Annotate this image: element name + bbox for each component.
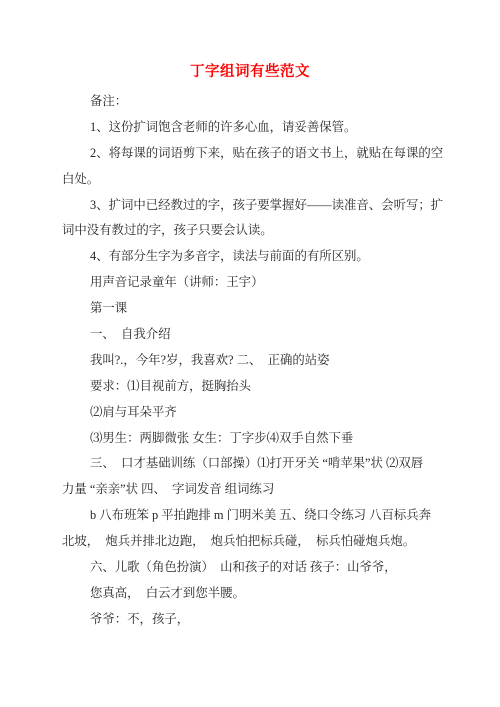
text-line: 我叫?.，今年?岁，我喜欢? 二、 正确的站姿 — [62, 348, 444, 374]
text-line: 3、扩词中已经教过的字，孩子要掌握好——读准音、会听写；扩 — [62, 193, 444, 219]
text-line: 第一课 — [62, 296, 444, 322]
text-line: b 八布班笨 p 平拍跑排 m 门明米美 五、绕口令练习 八百标兵奔 — [62, 503, 444, 529]
text-line: 词中没有教过的字，孩子只要会认读。 — [62, 218, 444, 244]
text-line: 力量 “亲亲”状 四、 字词发音 组词练习 — [62, 477, 444, 503]
page-title: 丁字组词有些范文 — [0, 60, 500, 81]
document-body: 备注：1、这份扩词饱含老师的许多心血，请妥善保管。2、将每课的词语剪下来，贴在孩… — [62, 89, 444, 633]
text-line: 六、儿歌（角色扮演） 山和孩子的对话 孩子：山爷爷， — [62, 555, 444, 581]
document-page: 丁字组词有些范文 备注：1、这份扩词饱含老师的许多心血，请妥善保管。2、将每课的… — [0, 0, 500, 707]
text-line: 2、将每课的词语剪下来，贴在孩子的语文书上，就贴在每课的空 — [62, 141, 444, 167]
text-line: 一、 自我介绍 — [62, 322, 444, 348]
text-line: 您真高， 白云才到您半腰。 — [62, 581, 444, 607]
text-line: 爷爷：不，孩子， — [62, 607, 444, 633]
text-line: 白处。 — [62, 167, 444, 193]
text-line: 1、这份扩词饱含老师的许多心血，请妥善保管。 — [62, 115, 444, 141]
text-line: ⑵肩与耳朵平齐 — [62, 400, 444, 426]
text-line: ⑶男生：两脚微张 女生：丁字步⑷双手自然下垂 — [62, 426, 444, 452]
text-line: 用声音记录童年（讲师：王宇） — [62, 270, 444, 296]
text-line: 4、有部分生字为多音字，读法与前面的有所区别。 — [62, 244, 444, 270]
text-line: 备注： — [62, 89, 444, 115]
text-line: 三、 口才基础训练（口部操）⑴打开牙关 “啃苹果”状 ⑵双唇 — [62, 451, 444, 477]
text-line: 要求：⑴目视前方，挺胸抬头 — [62, 374, 444, 400]
text-line: 北坡， 炮兵并排北边跑， 炮兵怕把标兵碰， 标兵怕碰炮兵炮。 — [62, 529, 444, 555]
